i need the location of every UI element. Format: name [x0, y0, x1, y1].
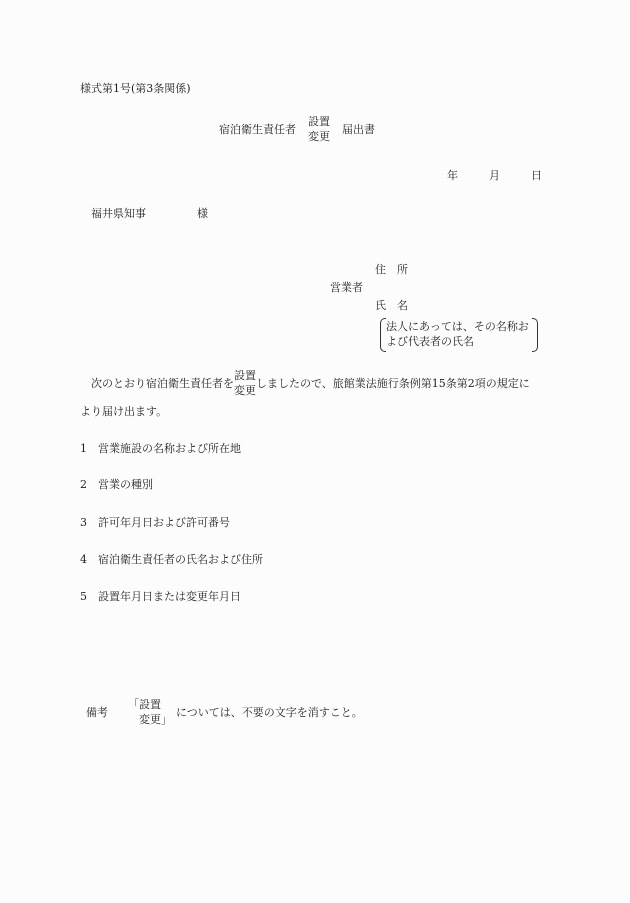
title-option-change: 変更: [308, 129, 330, 144]
name-label: 氏 名: [375, 297, 408, 313]
title-options: 設置 変更: [308, 114, 330, 144]
list-item-number: 1: [80, 442, 98, 455]
address-label: 住 所: [375, 261, 408, 277]
list-item-label: 営業の種別: [98, 478, 153, 491]
remarks-option-change: 変更: [139, 713, 161, 726]
addressee: 福井県知事 様: [91, 205, 208, 221]
remarks-text: については、不要の文字を消すこと。: [176, 704, 363, 720]
body-option-change: 変更: [234, 383, 256, 398]
remarks-options: 「設置 変更」: [128, 697, 172, 727]
form-number: 様式第1号(第3条関係): [80, 80, 191, 96]
body-paragraph: 次のとおり宿泊衛生責任者を 設置 変更 しましたので、旅館業法施行条例第15条第…: [91, 368, 530, 398]
list-item-label: 許可年月日および許可番号: [98, 516, 230, 529]
body-text-before: 次のとおり宿泊衛生責任者を: [91, 375, 234, 391]
list-item: 4宿泊衛生責任者の氏名および住所: [80, 551, 263, 567]
corporate-note-line1: 法人にあっては、その名称お: [386, 319, 532, 334]
body-option-setup: 設置: [234, 368, 256, 383]
list-item-label: 宿泊衛生責任者の氏名および住所: [98, 553, 263, 566]
date-year-label: 年: [447, 169, 458, 182]
corporate-note: 法人にあっては、その名称お よび代表者の氏名: [380, 318, 538, 352]
remarks: 備考 「設置 変更」 については、不要の文字を消すこと。: [86, 697, 363, 727]
remarks-open-bracket: 「: [128, 698, 139, 711]
applicant-label: 営業者: [330, 279, 363, 295]
addressee-honorific: 様: [197, 207, 208, 220]
title-prefix: 宿泊衛生責任者: [219, 121, 296, 137]
body-text-after: しましたので、旅館業法施行条例第15条第2項の規定に: [256, 375, 530, 391]
date-line: 年 月 日: [447, 167, 542, 183]
title-suffix: 届出書: [342, 121, 375, 137]
list-item-number: 2: [80, 478, 98, 491]
form-title: 宿泊衛生責任者 設置 変更 届出書: [219, 114, 375, 144]
title-option-setup: 設置: [308, 114, 330, 129]
addressee-name: 福井県知事: [91, 207, 146, 220]
list-item-label: 営業施設の名称および所在地: [98, 442, 241, 455]
date-day-label: 日: [531, 169, 542, 182]
list-item: 1営業施設の名称および所在地: [80, 440, 241, 456]
list-item: 3許可年月日および許可番号: [80, 514, 230, 530]
list-item-number: 4: [80, 553, 98, 566]
list-item: 2営業の種別: [80, 476, 153, 492]
body-line2: より届け出ます。: [80, 403, 167, 419]
list-item-number: 5: [80, 590, 98, 603]
list-item-label: 設置年月日または変更年月日: [98, 590, 241, 603]
date-month-label: 月: [489, 169, 500, 182]
remarks-option-setup: 設置: [139, 698, 161, 711]
list-item-number: 3: [80, 516, 98, 529]
remarks-label: 備考: [86, 704, 108, 720]
corporate-note-line2: よび代表者の氏名: [386, 334, 532, 349]
body-options: 設置 変更: [234, 368, 256, 398]
list-item: 5設置年月日または変更年月日: [80, 588, 241, 604]
remarks-close-bracket: 」: [161, 713, 172, 726]
